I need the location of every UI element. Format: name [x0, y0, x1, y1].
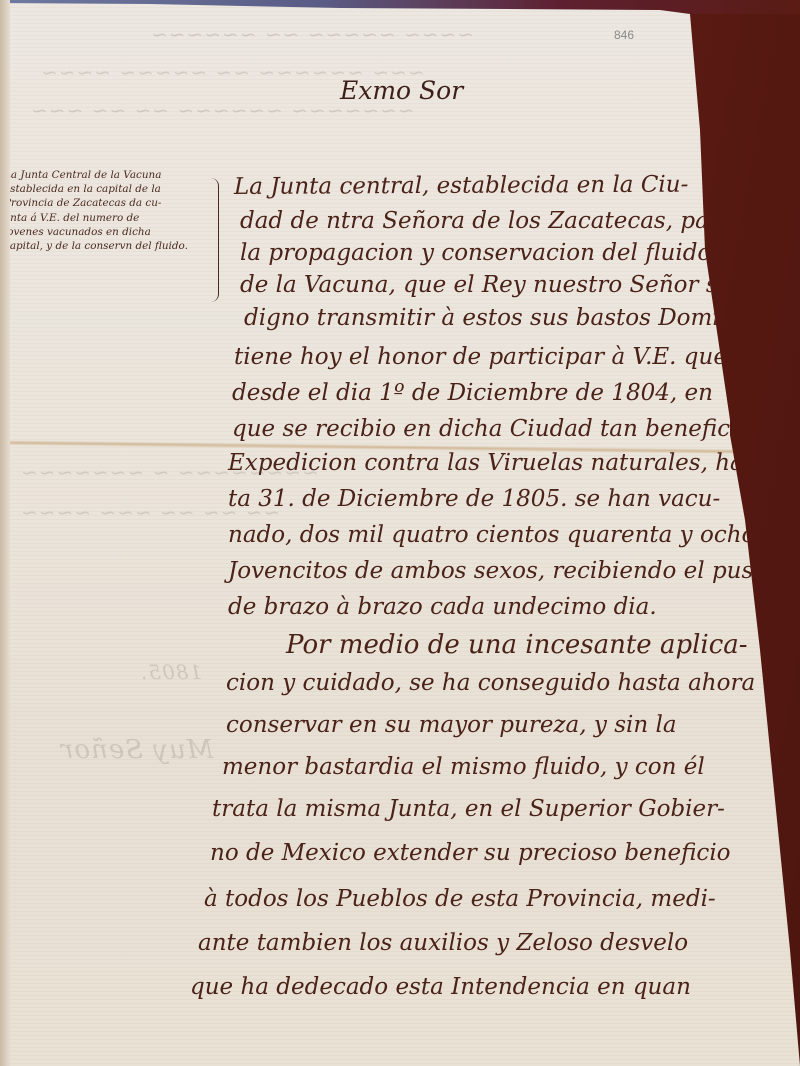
body-line: de brazo à brazo cada undecimo dia.: [228, 594, 657, 620]
bleed-through-signature: Muy Señor: [60, 735, 213, 765]
body-line: desde el dia 1º de Diciembre de 1804, en: [232, 380, 713, 406]
margin-summary-note: La Junta Central de la Vacuna establecid…: [4, 168, 204, 253]
body-line: Jovencitos de ambos sexos, recibiendo el…: [228, 558, 753, 584]
body-line: nado, dos mil quatro cientos quarenta y …: [228, 522, 755, 548]
body-line: de la Vacuna, que el Rey nuestro Señor s…: [240, 272, 731, 298]
body-line: dad de ntra Señora de los Zacatecas, par…: [240, 208, 734, 234]
margin-note-line: Provincia de Zacatecas da cu-: [4, 196, 204, 210]
body-line: que se recibio en dicha Ciudad tan benef…: [232, 416, 744, 442]
page-left-edge: [0, 0, 10, 1066]
body-line: tiene hoy el honor de participar à V.E. …: [234, 344, 727, 370]
manuscript-page: ~~~~ ~~~~~ ~~ ~~~~~~ ~~~ ~~~~~~ ~~ ~~~~~…: [0, 0, 800, 1066]
body-line: cion y cuidado, se ha conseguido hasta a…: [226, 670, 755, 696]
body-line: Por medio de una incesante aplica-: [286, 630, 748, 660]
body-line: menor bastardia el mismo fluido, y con é…: [222, 754, 705, 780]
body-line: ta 31. de Diciembre de 1805. se han vacu…: [228, 486, 720, 512]
body-line: digno transmitir à estos sus bastos Domi…: [244, 305, 768, 331]
margin-note-line: establecida en la capital de la: [4, 182, 204, 196]
body-line: la propagacion y conservacion del fluido: [240, 240, 711, 266]
body-line: no de Mexico extender su precioso benefi…: [210, 840, 731, 866]
bleed-through-text: ~~~~ ~~~~~ ~~ ~~~~~~: [150, 22, 474, 46]
margin-bracket: [208, 178, 219, 302]
margin-note-line: enta á V.E. del numero de: [4, 211, 204, 225]
salutation: Exmo Sor: [340, 76, 463, 105]
folio-number: 846: [614, 28, 634, 42]
bleed-through-date: 1805.: [140, 660, 202, 684]
margin-note-line: jovenes vacunados en dicha: [4, 225, 204, 239]
margin-note-line: capital, y de la conservn del fluido.: [4, 239, 204, 253]
body-line: La Junta central, establecida en la Ciu-: [234, 172, 688, 200]
body-line: que ha dedecado esta Intendencia en quan: [190, 974, 691, 1000]
body-line: à todos los Pueblos de esta Provincia, m…: [204, 886, 716, 912]
margin-note-line: La Junta Central de la Vacuna: [4, 168, 204, 182]
body-line: Expedicion contra las Viruelas naturales…: [228, 450, 763, 476]
body-line: conservar en su mayor pureza, y sin la: [226, 712, 677, 738]
body-line: trata la misma Junta, en el Superior Gob…: [212, 796, 725, 822]
body-line: ante tambien los auxilios y Zeloso desve…: [198, 930, 688, 956]
